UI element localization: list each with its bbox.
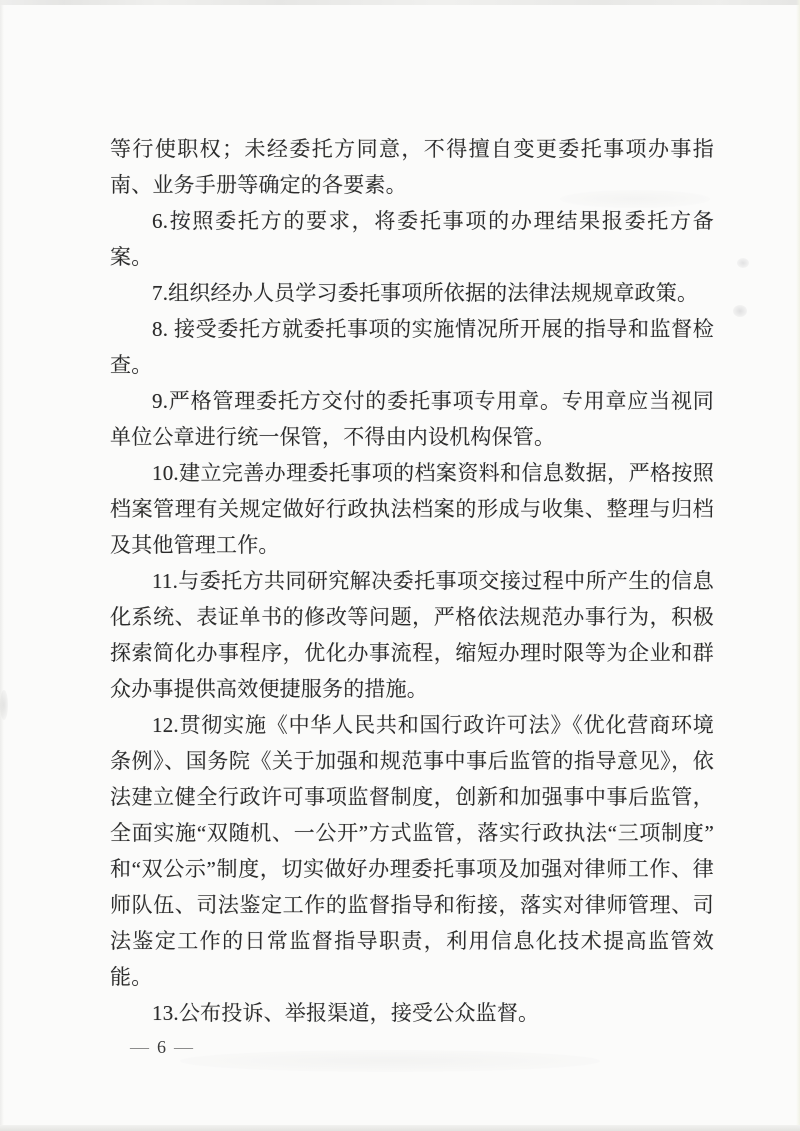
scan-artifact <box>180 1050 600 1072</box>
paragraph-item-10: 10.建立完善办理委托事项的档案资料和信息数据，严格按照档案管理有关规定做好行政… <box>110 455 714 563</box>
paragraph-item-8: 8. 接受委托方就委托事项的实施情况所开展的指导和监督检查。 <box>110 311 714 383</box>
scan-edge-left <box>0 0 4 1131</box>
paragraph-item-7: 7.组织经办人员学习委托事项所依据的法律法规规章政策。 <box>110 275 714 311</box>
scanned-document-page: 等行使职权；未经委托方同意，不得擅自变更委托事项办事指南、业务手册等确定的各要素… <box>0 0 800 1131</box>
page-number-dash-left: — <box>123 1037 157 1058</box>
scan-edge-bottom <box>0 1125 800 1131</box>
scan-artifact <box>733 305 747 317</box>
paragraph-item-12: 12.贯彻实施《中华人民共和国行政许可法》《优化营商环境条例》、国务院《关于加强… <box>110 707 714 995</box>
page-number-value: 6 <box>157 1037 167 1057</box>
scan-edge-right <box>796 0 800 1131</box>
paragraph-item-6: 6.按照委托方的要求，将委托事项的办理结果报委托方备案。 <box>110 203 714 275</box>
scan-edge-top <box>0 0 800 5</box>
scan-artifact <box>737 258 749 268</box>
page-number-dash-right: — <box>167 1037 201 1058</box>
document-body-text: 等行使职权；未经委托方同意，不得擅自变更委托事项办事指南、业务手册等确定的各要素… <box>110 131 714 1031</box>
paragraph-continuation: 等行使职权；未经委托方同意，不得擅自变更委托事项办事指南、业务手册等确定的各要素… <box>110 131 714 203</box>
paragraph-item-9: 9.严格管理委托方交付的委托事项专用章。专用章应当视同单位公章进行统一保管，不得… <box>110 383 714 455</box>
paragraph-item-13: 13.公布投诉、举报渠道，接受公众监督。 <box>110 995 714 1031</box>
page-number: —6— <box>123 1034 201 1061</box>
paragraph-item-11: 11.与委托方共同研究解决委托事项交接过程中所产生的信息化系统、表证单书的修改等… <box>110 563 714 707</box>
